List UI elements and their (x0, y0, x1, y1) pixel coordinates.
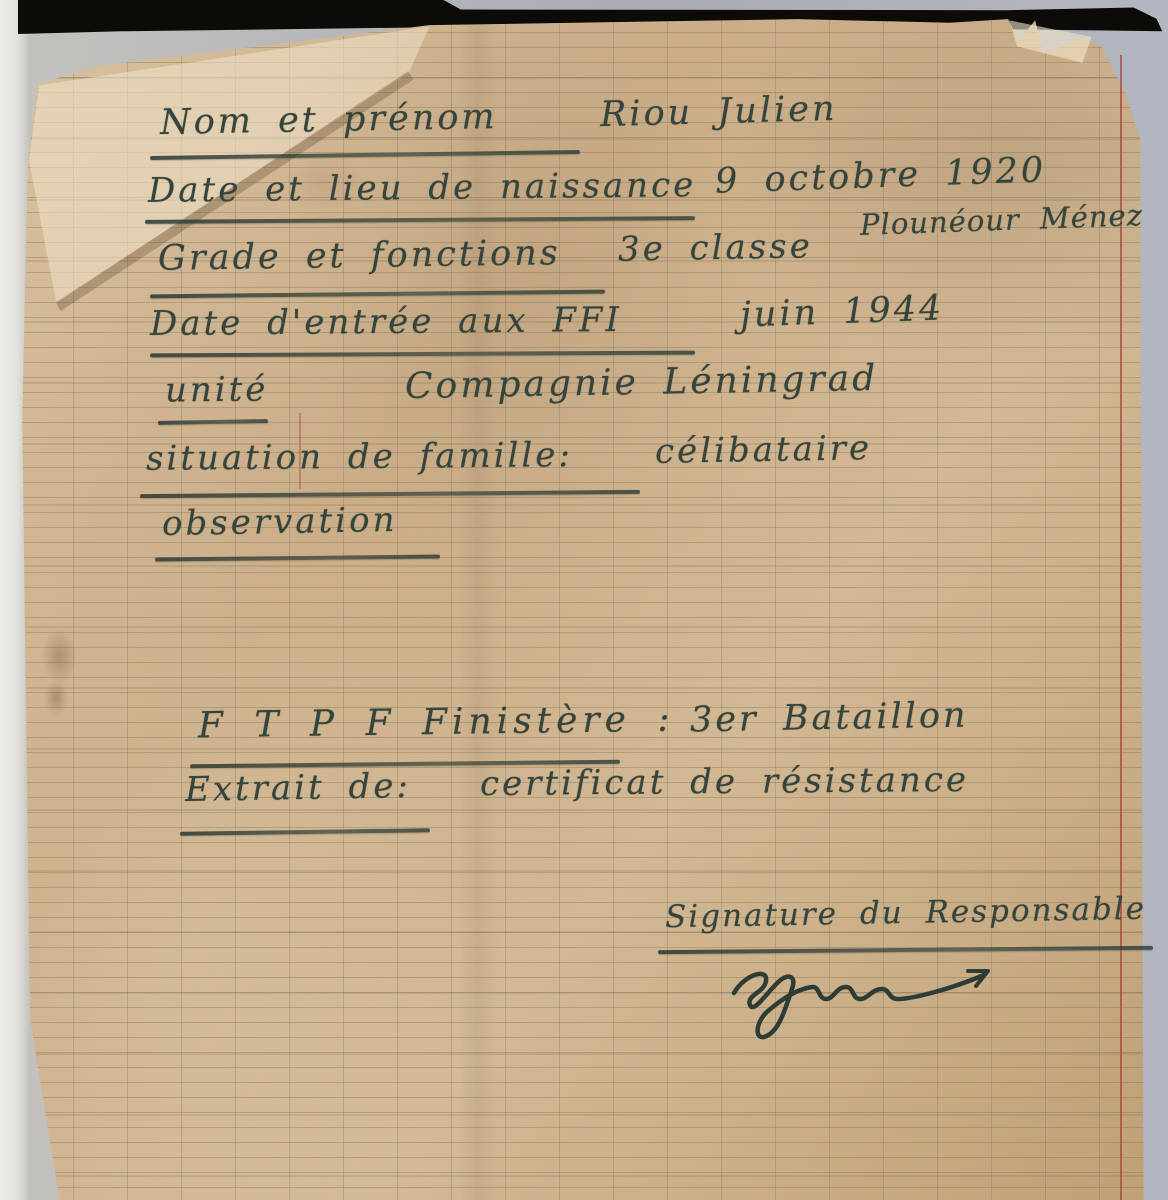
red-margin-line-right (1120, 55, 1122, 1200)
paper-stains (20, 18, 1148, 1200)
red-margin-mark-left (299, 413, 301, 489)
scanned-document-page: { "colors": { "paper": "#cdb28e", "ink":… (0, 0, 1168, 1200)
